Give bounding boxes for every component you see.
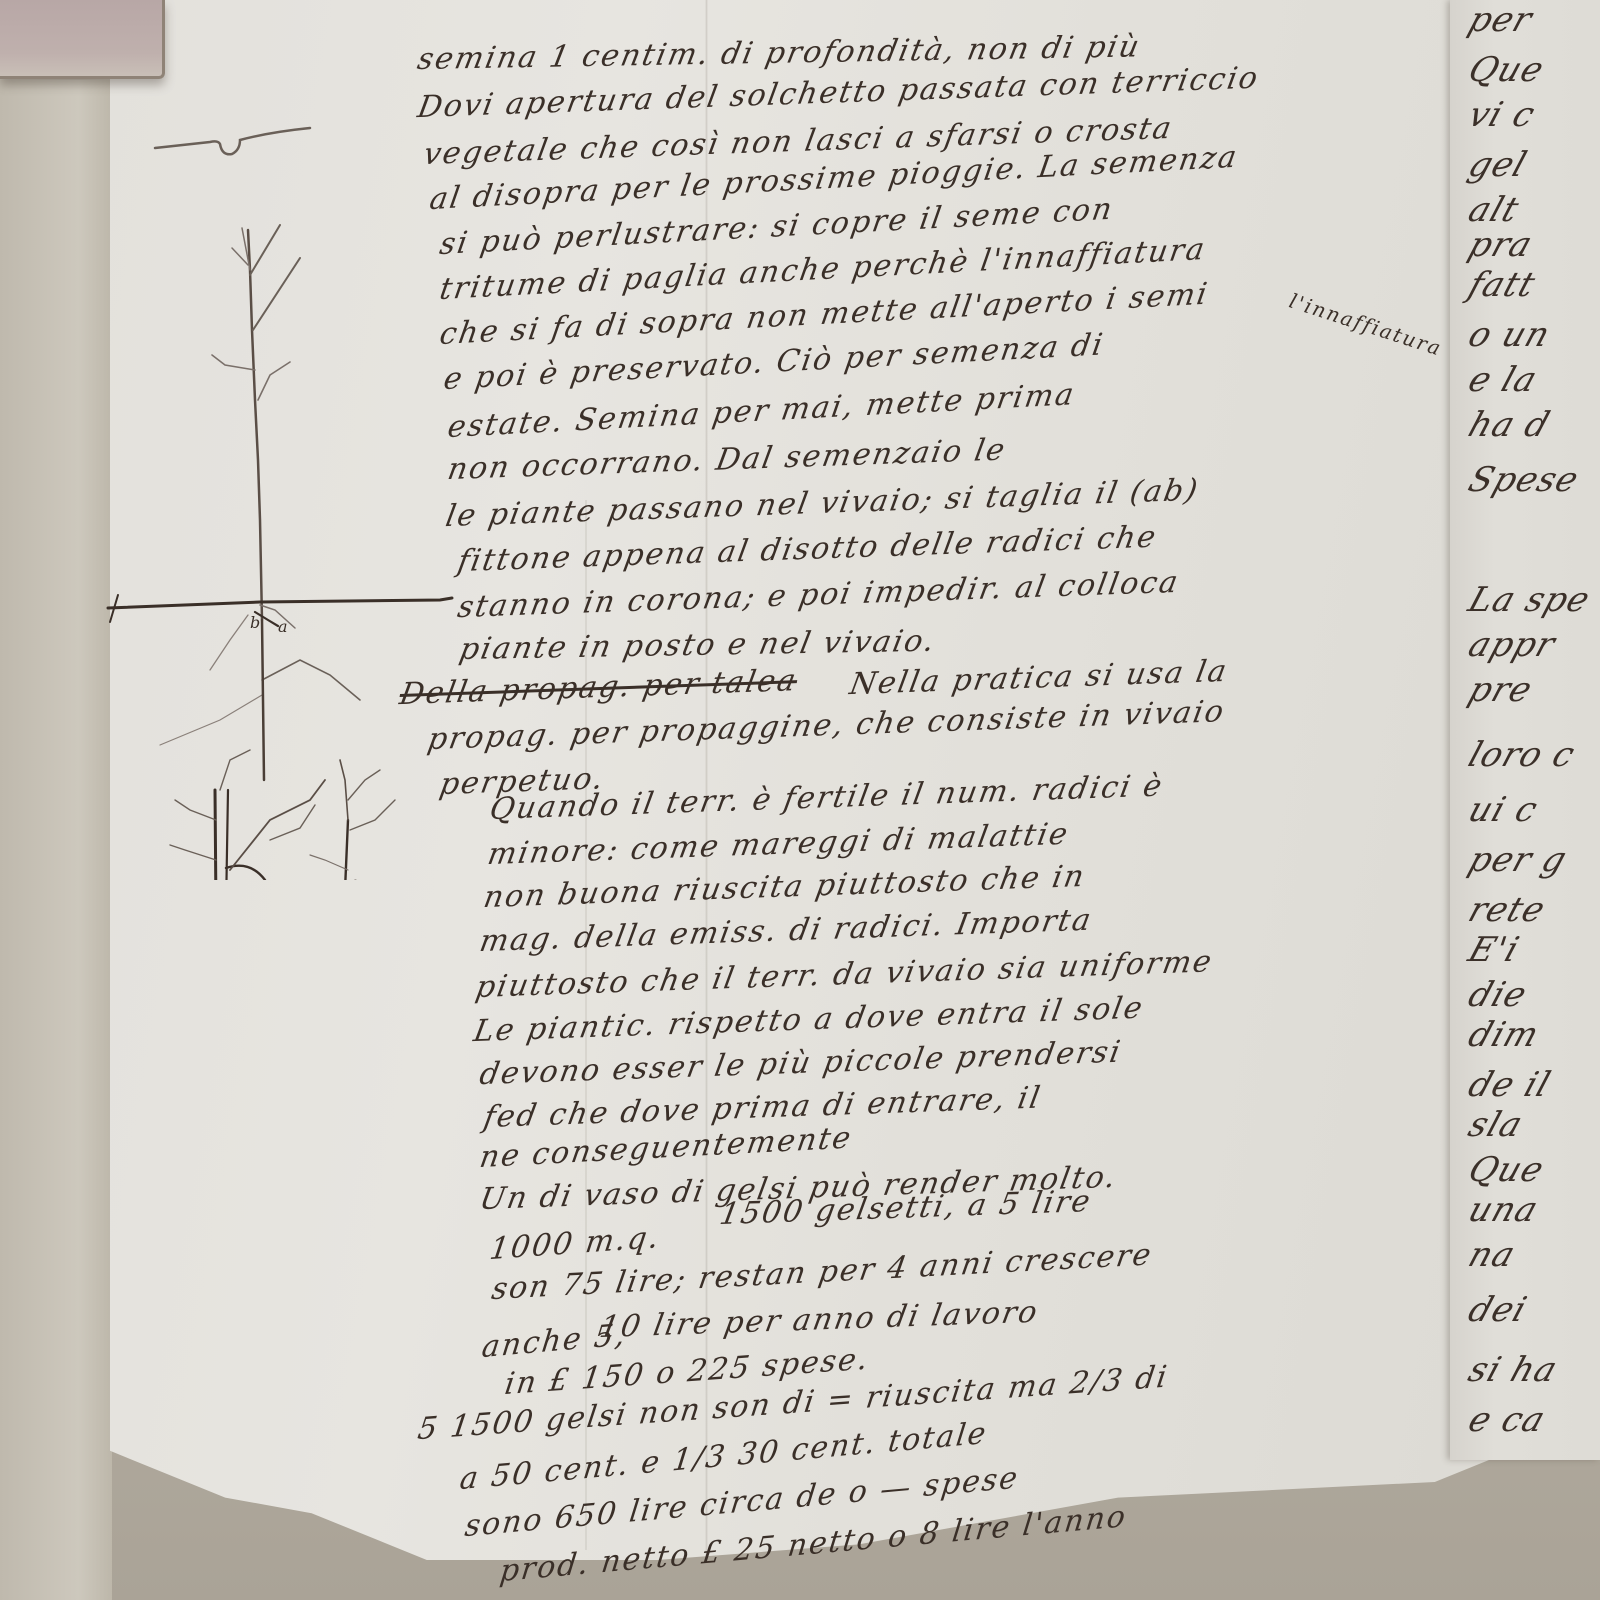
adjacent-page-line: alt (1464, 190, 1525, 230)
adjacent-page-line: pre (1464, 670, 1538, 710)
adjacent-page-line: na (1464, 1235, 1521, 1275)
background-table (0, 80, 112, 1600)
adjacent-page-line: ui c (1464, 790, 1544, 830)
adjacent-page-line: dei (1464, 1290, 1533, 1330)
adjacent-page-line: e la (1464, 360, 1543, 400)
adjacent-page-line: e ca (1464, 1400, 1551, 1440)
adjacent-page-line: o un (1464, 315, 1556, 355)
adjacent-page-line: E'i (1464, 930, 1525, 970)
adjacent-page-line: Que (1464, 1150, 1550, 1190)
adjacent-page-line: dim (1464, 1015, 1545, 1055)
adjacent-page-line: sla (1464, 1105, 1529, 1145)
adjacent-page-line: die (1464, 975, 1533, 1015)
adjacent-page-line: rete (1464, 890, 1551, 930)
adjacent-page-line: si ha (1464, 1350, 1563, 1390)
adjacent-page: perQuevi cgelaltprafatto une laha dSpese… (1450, 0, 1600, 1460)
adjacent-page-line: fatt (1464, 265, 1541, 305)
adjacent-page-line: appr (1464, 625, 1561, 665)
sketch-label-a: a (278, 617, 288, 636)
adjacent-page-line: La spe (1464, 580, 1596, 620)
manuscript-photo: b a semina 1 centim. di profondità, non … (0, 0, 1600, 1600)
sapling-sketch: b a (100, 100, 480, 880)
adjacent-page-line: pra (1464, 225, 1538, 265)
adjacent-page-line: Que (1464, 50, 1550, 90)
sketch-label-b: b (250, 613, 260, 632)
cover-fragment (0, 0, 165, 79)
adjacent-page-line: ha d (1464, 405, 1556, 445)
adjacent-page-line: Spese (1464, 460, 1585, 500)
adjacent-page-line: per (1464, 0, 1538, 40)
adjacent-page-line: per g (1464, 840, 1573, 880)
adjacent-page-line: gel (1464, 145, 1533, 185)
adjacent-page-line: de il (1464, 1065, 1556, 1105)
adjacent-page-line: loro c (1464, 735, 1581, 775)
adjacent-page-line: vi c (1464, 95, 1541, 135)
adjacent-page-line: una (1464, 1190, 1544, 1230)
